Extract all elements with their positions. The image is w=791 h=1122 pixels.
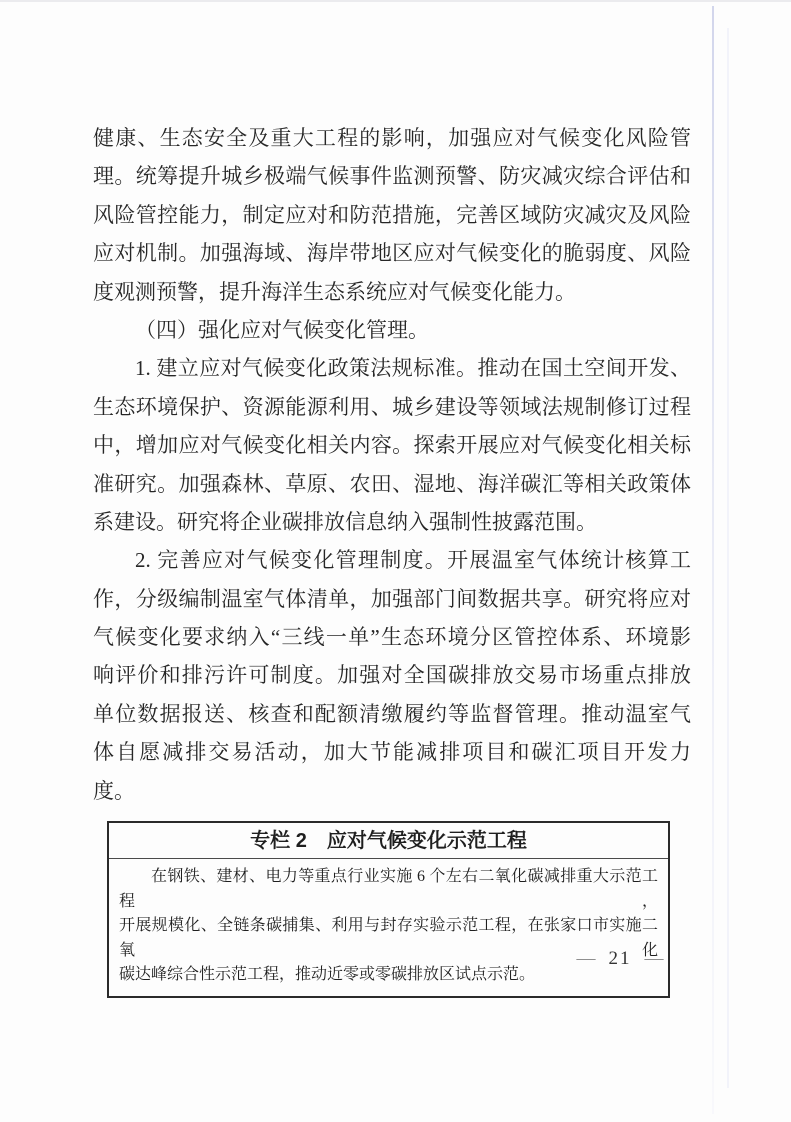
- text-line: 系建设。研究将企业碳排放信息纳入强制性披露范围。: [93, 503, 691, 541]
- section-heading: （四）强化应对气候变化管理。: [93, 311, 691, 349]
- text-line: 作，分级编制温室气体清单，加强部门间数据共享。研究将应对: [93, 580, 691, 618]
- text-line: 理。统筹提升城乡极端气候事件监测预警、防灾减灾综合评估和: [93, 157, 691, 195]
- text-line: 2. 完善应对气候变化管理制度。开展温室气体统计核算工: [93, 541, 691, 579]
- text-line: 准研究。加强森林、草原、农田、湿地、海洋碳汇等相关政策体: [93, 465, 691, 503]
- document-page: 健康、生态安全及重大工程的影响，加强应对气候变化风险管 理。统筹提升城乡极端气候…: [0, 0, 791, 1122]
- text-line: 单位数据报送、核查和配额清缴履约等监督管理。推动温室气: [93, 695, 691, 733]
- text-line: 在钢铁、建材、电力等重点行业实施 6 个左右二氧化碳减排重大示范工程，: [119, 865, 658, 914]
- text-line: 应对机制。加强海域、海岸带地区应对气候变化的脆弱度、风险: [93, 234, 691, 272]
- text-line: 健康、生态安全及重大工程的影响，加强应对气候变化风险管: [93, 119, 691, 157]
- scan-edge-artifact: [0, 0, 791, 2]
- text-line: 响评价和排污许可制度。加强对全国碳排放交易市场重点排放: [93, 656, 691, 694]
- scan-artifact-line: [712, 6, 714, 1114]
- text-line: 风险管控能力，制定应对和防范措施，完善区域防灾减灾及风险: [93, 196, 691, 234]
- text-line: 中，增加应对气候变化相关内容。探索开展应对气候变化相关标: [93, 426, 691, 464]
- text-line: 度。: [93, 772, 691, 810]
- main-text: 健康、生态安全及重大工程的影响，加强应对气候变化风险管 理。统筹提升城乡极端气候…: [93, 119, 691, 810]
- page-number: — 21 —: [560, 948, 680, 970]
- highlight-box-title: 专栏 2 应对气候变化示范工程: [109, 823, 668, 859]
- page-number-dash: —: [577, 948, 596, 970]
- page-number-value: 21: [609, 948, 632, 970]
- highlight-box: 专栏 2 应对气候变化示范工程 在钢铁、建材、电力等重点行业实施 6 个左右二氧…: [107, 821, 670, 998]
- highlight-box-body: 在钢铁、建材、电力等重点行业实施 6 个左右二氧化碳减排重大示范工程， 开展规模…: [109, 859, 668, 996]
- text-line: 度观测预警，提升海洋生态系统应对气候变化能力。: [93, 273, 691, 311]
- text-line: 生态环境保护、资源能源利用、城乡建设等领域法规制修订过程: [93, 388, 691, 426]
- text-line: 体自愿减排交易活动，加大节能减排项目和碳汇项目开发力: [93, 733, 691, 771]
- page-number-dash: —: [645, 948, 664, 970]
- text-line: 气候变化要求纳入“三线一单”生态环境分区管控体系、环境影: [93, 618, 691, 656]
- text-line: 1. 建立应对气候变化政策法规标准。推动在国土空间开发、: [93, 349, 691, 387]
- scan-artifact-line: [727, 28, 729, 1088]
